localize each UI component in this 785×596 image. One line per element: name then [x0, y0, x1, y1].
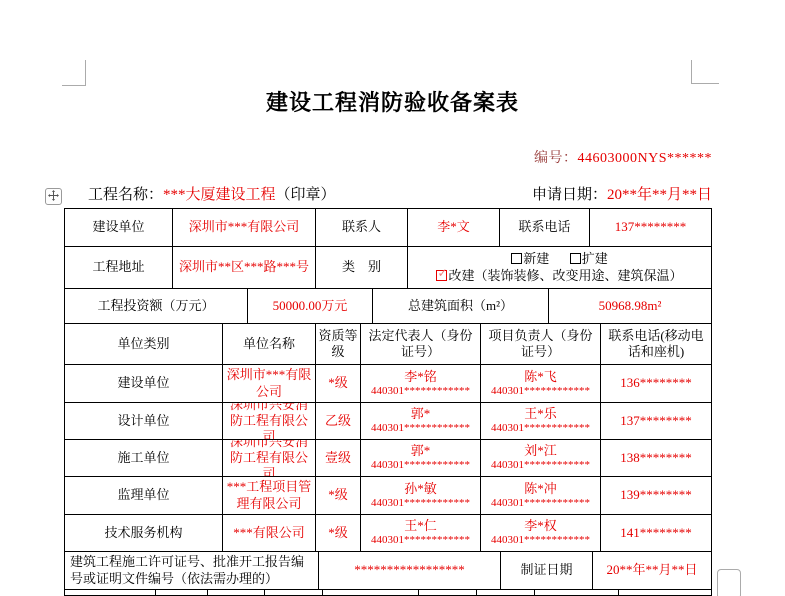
category-line-1: ✓新建 ✓扩建: [410, 251, 709, 267]
unit-phone: 141********: [601, 515, 711, 551]
project-name-suffix: （印章）: [276, 187, 336, 203]
option-label-renovate: 改建（装饰装修、改变用途、建筑保温）: [448, 268, 682, 283]
unit-category: 建设单位: [65, 365, 223, 402]
category-options-cell: ✓新建 ✓扩建 ✓改建（装饰装修、改变用途、建筑保温）: [408, 247, 711, 288]
legal-rep-cell: 郭*440301************: [361, 440, 481, 476]
manager-cell: 王*乐440301************: [481, 403, 601, 439]
investment-label: 工程投资额（万元）: [65, 289, 248, 323]
unit-phone: 138********: [601, 440, 711, 476]
table-row: 建设单位 深圳市***有限公司 联系人 李*文 联系电话 137********: [65, 209, 711, 247]
project-name-value: ***大厦建设工程: [163, 187, 276, 203]
legal-rep-cell: 郭*440301************: [361, 403, 481, 439]
table-row: 建设单位 深圳市***有限公司 *级 李*铭440301************…: [65, 365, 711, 403]
unit-name: 深圳市兴安消防工程有限公司: [223, 403, 316, 439]
manager-cell: 陈*飞440301************: [481, 365, 601, 402]
cert-date-value: 20**年**月**日: [593, 552, 711, 589]
legal-rep-cell: 王*仁440301************: [361, 515, 481, 551]
cert-date-label: 制证日期: [501, 552, 593, 589]
manager-cell: 刘*江440301************: [481, 440, 601, 476]
category-label: 类 别: [316, 247, 408, 288]
unit-category: 技术服务机构: [65, 515, 223, 551]
legal-rep-cell: 孙*敏440301************: [361, 477, 481, 514]
project-name-group: 工程名称：***大厦建设工程（印章）: [88, 183, 336, 204]
manager-cell: 陈*冲440301************: [481, 477, 601, 514]
table-row: 设计单位 深圳市兴安消防工程有限公司 乙级 郭*440301**********…: [65, 403, 711, 440]
unit-name: ***有限公司: [223, 515, 316, 551]
serial-label: 编号：: [534, 151, 578, 166]
table-header-row: 单位类别 单位名称 资质等级 法定代表人（身份证号） 项目负责人（身份证号） 联…: [65, 324, 711, 365]
table-row-clipped: [65, 590, 711, 595]
col-header-grade: 资质等级: [316, 324, 361, 364]
move-arrows-icon: [48, 188, 59, 206]
option-label-new-build: 新建: [523, 251, 549, 266]
margin-crop-mark-top-right: [691, 60, 719, 84]
filing-form-table: 建设单位 深圳市***有限公司 联系人 李*文 联系电话 137********…: [64, 208, 712, 596]
unit-phone: 136********: [601, 365, 711, 402]
phone-label: 联系电话: [500, 209, 590, 246]
unit-phone: 137********: [601, 403, 711, 439]
address-value: 深圳市**区***路***号: [173, 247, 316, 288]
table-row: 建筑工程施工许可证号、批准开工报告编号或证明文件编号（依法需办理的） *****…: [65, 552, 711, 590]
project-name-line: 工程名称：***大厦建设工程（印章） 申请日期：20**年**月**日: [88, 183, 712, 204]
checkbox-renovate[interactable]: ✓: [436, 270, 447, 281]
investment-value: 50000.00万元: [248, 289, 373, 323]
page-title: 建设工程消防验收备案表: [0, 86, 785, 117]
floor-area-value: 50968.98m²: [549, 289, 711, 323]
col-header-manager: 项目负责人（身份证号）: [481, 324, 601, 364]
checkbox-expand[interactable]: ✓: [570, 253, 581, 264]
table-resize-handle[interactable]: [717, 569, 741, 596]
unit-name: ***工程项目管理有限公司: [223, 477, 316, 514]
legal-rep-cell: 李*铭440301************: [361, 365, 481, 402]
option-label-expand: 扩建: [582, 251, 608, 266]
col-header-legal: 法定代表人（身份证号）: [361, 324, 481, 364]
table-move-handle[interactable]: [45, 188, 62, 205]
apply-date-label: 申请日期：: [532, 187, 607, 203]
project-name-label: 工程名称：: [88, 187, 163, 203]
apply-date-group: 申请日期：20**年**月**日: [532, 183, 712, 204]
build-unit-label: 建设单位: [65, 209, 173, 246]
table-row: 监理单位 ***工程项目管理有限公司 *级 孙*敏440301*********…: [65, 477, 711, 515]
address-label: 工程地址: [65, 247, 173, 288]
checkbox-new-build[interactable]: ✓: [511, 253, 522, 264]
col-header-phone: 联系电话(移动电话和座机): [601, 324, 711, 364]
unit-category: 施工单位: [65, 440, 223, 476]
serial-value: 44603000NYS******: [577, 151, 712, 166]
margin-crop-mark-top-left: [62, 60, 86, 86]
contact-label: 联系人: [316, 209, 408, 246]
permit-label: 建筑工程施工许可证号、批准开工报告编号或证明文件编号（依法需办理的）: [65, 552, 319, 589]
floor-area-label: 总建筑面积（m²）: [373, 289, 549, 323]
unit-category: 监理单位: [65, 477, 223, 514]
unit-grade: *级: [316, 515, 361, 551]
phone-value: 137********: [590, 209, 711, 246]
unit-grade: 乙级: [316, 403, 361, 439]
apply-date-value: 20**年**月**日: [607, 187, 712, 203]
unit-grade: 壹级: [316, 440, 361, 476]
unit-name: 深圳市***有限公司: [223, 365, 316, 402]
permit-value: *****************: [319, 552, 501, 589]
col-header-name: 单位名称: [223, 324, 316, 364]
unit-name: 深圳市兴安消防工程有限公司: [223, 440, 316, 476]
col-header-category: 单位类别: [65, 324, 223, 364]
table-row: 施工单位 深圳市兴安消防工程有限公司 壹级 郭*440301**********…: [65, 440, 711, 477]
document-page: 建设工程消防验收备案表 编号：44603000NYS****** 工程名称：**…: [0, 0, 785, 596]
unit-grade: *级: [316, 365, 361, 402]
table-row: 工程投资额（万元） 50000.00万元 总建筑面积（m²） 50968.98m…: [65, 289, 711, 324]
unit-phone: 139********: [601, 477, 711, 514]
category-line-2: ✓改建（装饰装修、改变用途、建筑保温）: [410, 268, 709, 284]
build-unit-value: 深圳市***有限公司: [173, 209, 316, 246]
unit-category: 设计单位: [65, 403, 223, 439]
serial-number-line: 编号：44603000NYS******: [534, 147, 712, 167]
table-row: 技术服务机构 ***有限公司 *级 王*仁440301************ …: [65, 515, 711, 552]
unit-grade: *级: [316, 477, 361, 514]
contact-value: 李*文: [408, 209, 500, 246]
table-row: 工程地址 深圳市**区***路***号 类 别 ✓新建 ✓扩建 ✓改建（装饰装修…: [65, 247, 711, 289]
manager-cell: 李*权440301************: [481, 515, 601, 551]
